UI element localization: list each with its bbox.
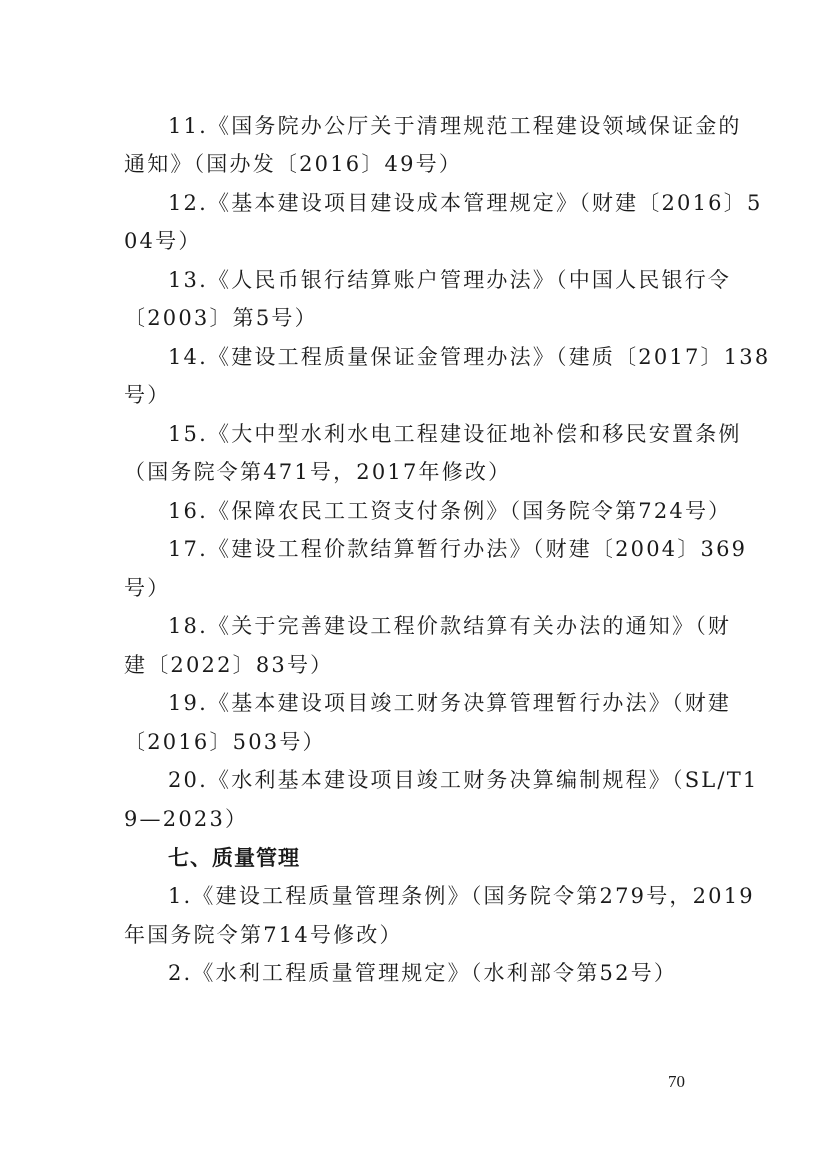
document-page: 11.《国务院办公厅关于清理规范工程建设领域保证金的 通知》（国办发〔2016〕…: [0, 0, 826, 1169]
list-item-14-line-2: 号）: [124, 382, 704, 408]
quality-item-1-line-2: 年国务院令第714号修改）: [124, 922, 704, 948]
list-item-18-line-1: 18.《关于完善建设工程价款结算有关办法的通知》（财: [168, 613, 704, 639]
list-item-19-line-1: 19.《基本建设项目竣工财务决算管理暂行办法》（财建: [168, 690, 704, 716]
list-item-19-line-2: 〔2016〕503号）: [124, 729, 704, 755]
list-item-12-line-1: 12.《基本建设项目建设成本管理规定》（财建〔2016〕5: [168, 190, 704, 216]
list-item-15-line-2: （国务院令第471号，2017年修改）: [124, 459, 704, 485]
section-heading-quality-management: 七、质量管理: [168, 845, 704, 871]
list-item-20-line-2: 9—2023）: [124, 806, 704, 832]
list-item-15-line-1: 15.《大中型水利水电工程建设征地补偿和移民安置条例: [168, 421, 704, 447]
quality-item-2: 2.《水利工程质量管理规定》（水利部令第52号）: [168, 960, 704, 986]
list-item-14-line-1: 14.《建设工程质量保证金管理办法》（建质〔2017〕138: [168, 344, 704, 370]
list-item-20-line-1: 20.《水利基本建设项目竣工财务决算编制规程》（SL/T1: [168, 767, 704, 793]
list-item-11-line-1: 11.《国务院办公厅关于清理规范工程建设领域保证金的: [168, 113, 704, 139]
list-item-12-line-2: 04号）: [124, 228, 704, 254]
list-item-11-line-2: 通知》（国办发〔2016〕49号）: [124, 151, 704, 177]
list-item-17-line-1: 17.《建设工程价款结算暂行办法》（财建〔2004〕369: [168, 536, 704, 562]
list-item-13-line-1: 13.《人民币银行结算账户管理办法》（中国人民银行令: [168, 267, 704, 293]
page-number: 70: [668, 1072, 685, 1092]
list-item-17-line-2: 号）: [124, 575, 704, 601]
quality-item-1-line-1: 1.《建设工程质量管理条例》（国务院令第279号，2019: [168, 883, 704, 909]
list-item-18-line-2: 建〔2022〕83号）: [124, 652, 704, 678]
list-item-16: 16.《保障农民工工资支付条例》（国务院令第724号）: [168, 498, 704, 524]
list-item-13-line-2: 〔2003〕第5号）: [124, 305, 704, 331]
